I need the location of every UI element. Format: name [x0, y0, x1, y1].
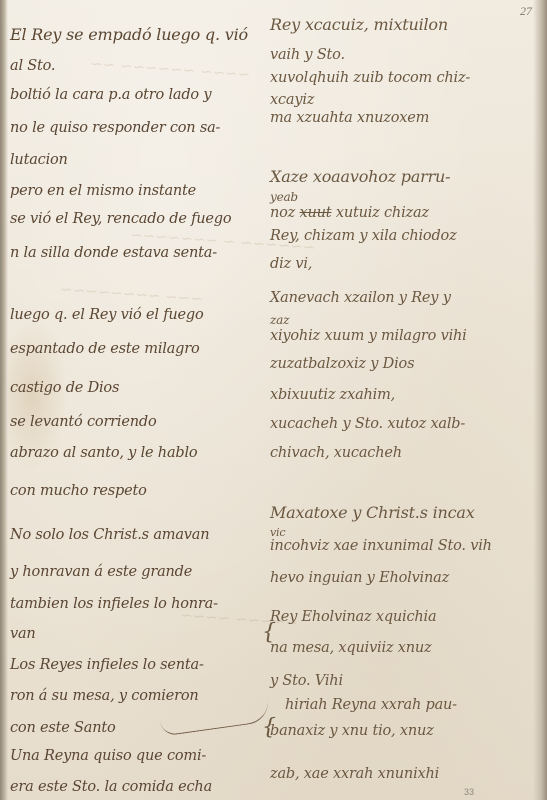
text-line: se vió el Rey, rencado de fuego [10, 211, 231, 227]
pen-flourish [159, 698, 271, 736]
text-line: xbixuutiz zxahim, [270, 387, 395, 403]
text-line: pero en el mismo instante [10, 183, 196, 199]
text-line: ron á su mesa, y comieron [10, 688, 199, 704]
margin-bracket: { [262, 715, 276, 740]
text-line: na mesa, xquiviiz xnuz [270, 640, 431, 656]
archive-stamp-number: 33 [464, 787, 474, 797]
text-line: xucacheh y Sto. xutoz xalb- [270, 416, 465, 432]
margin-bracket: { [262, 620, 276, 645]
text-line: hevo inguian y Eholvinaz [270, 570, 449, 586]
text-line: El Rey se empadó luego q. vió [10, 25, 248, 44]
text-line: zuzatbalzoxiz y Dios [270, 356, 414, 372]
text-line: hiriah Reyna xxrah pau- [285, 697, 457, 713]
text-line: Xaze xoaavohoz parru- [270, 167, 450, 186]
text-line: tambien los infieles lo honra- [10, 596, 218, 612]
text-line: xiyohiz xuum y milagro vihi [270, 328, 467, 344]
text-line: zab, xae xxrah xnunixhi [270, 766, 439, 782]
text-line: castigo de Dios [10, 380, 119, 396]
text-line: con este Santo [10, 720, 116, 736]
struck-word: xuut [300, 205, 332, 221]
text-line: Rey xcacuiz, mixtuilon [270, 15, 448, 34]
text-line: y Sto. Vihi [270, 673, 343, 689]
text-line: lutacion [10, 152, 68, 168]
page-outer-edge [533, 0, 547, 800]
bleed-through-text: ~~~ ~~~~~~~~ [60, 280, 204, 308]
text-line: incohviz xae inxunimal Sto. vih [270, 538, 492, 554]
text-line: era este Sto. la comida echa [10, 779, 212, 795]
text-line: luego q. el Rey vió el fuego [10, 307, 204, 323]
text-line: yeab [270, 190, 298, 204]
text-line: ma xzuahta xnuzoxem [270, 110, 429, 126]
text-line: n la silla donde estava senta- [10, 245, 217, 261]
text-line: Maxatoxe y Christ.s incax [270, 503, 475, 522]
bleed-through-text: ~~~~ ~~~~~~ ~~ [90, 54, 251, 83]
text-fragment: xutuiz chizaz [336, 205, 429, 221]
text-line: zaz [270, 313, 289, 327]
text-line: van [10, 626, 36, 642]
text-line: abrazo al santo, y le hablo [10, 445, 197, 461]
text-line: No solo los Christ.s amavan [10, 527, 209, 543]
text-line: chivach, xucacheh [270, 445, 402, 461]
text-line: noz xuut xutuiz chizaz [270, 205, 429, 221]
text-line: Rey Eholvinaz xquichia [270, 609, 436, 625]
text-line: xuvolqhuih zuib tocom chiz- [270, 70, 470, 86]
text-line: no le quiso responder con sa- [10, 120, 220, 136]
text-line: Una Reyna quiso que comi- [10, 748, 206, 764]
text-line: diz vi, [270, 256, 312, 272]
text-line: al Sto. [10, 58, 55, 74]
text-line: con mucho respeto [10, 483, 147, 499]
folio-number: 27 [520, 4, 532, 19]
text-line: banaxiz y xnu tio, xnuz [270, 723, 434, 739]
text-line: Rey, chizam y xila chiodoz [270, 228, 457, 244]
text-line: vaih y Sto. [270, 47, 345, 63]
text-line: xcayiz [270, 92, 314, 108]
manuscript-page: ~~~~ ~~~~~~ ~~ ~~~~~~ ~ ~~~~~~~ ~~~ ~~~~… [0, 0, 547, 800]
text-line: se levantó corriendo [10, 414, 156, 430]
page-binding-edge [0, 0, 8, 800]
text-line: y honravan á este grande [10, 564, 192, 580]
text-line: espantado de este milagro [10, 341, 200, 357]
text-line: boltió la cara p.a otro lado y [10, 87, 211, 103]
text-line: Xanevach xzailon y Rey y [270, 290, 451, 306]
text-fragment: noz [270, 205, 295, 221]
text-line: Los Reyes infieles lo senta- [10, 657, 204, 673]
